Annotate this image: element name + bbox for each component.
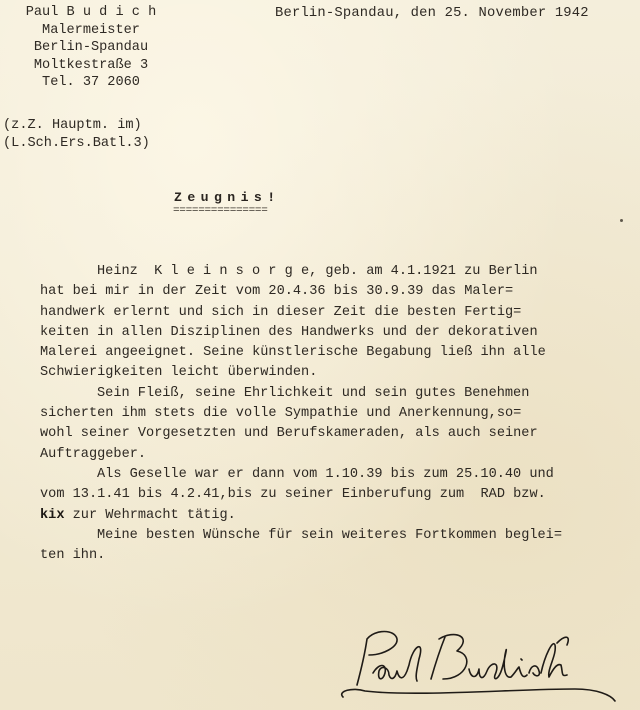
body-line: Sein Fleiß, seine Ehrlichkeit und sein g… [40,384,640,404]
body-line-text: wohl seiner Vorgesetzten und Berufskamer… [40,426,538,441]
body-line: Heinz K l e i n s o r g e, geb. am 4.1.1… [40,262,640,282]
body-line: hat bei mir in der Zeit vom 20.4.36 bis … [40,282,640,302]
paper-speck [620,219,623,222]
body-line: wohl seiner Vorgesetzten und Berufskamer… [40,424,640,444]
letterhead-name: Paul B u d i c h [6,4,176,22]
body-line: Als Geselle war er dann vom 1.10.39 bis … [40,465,640,485]
letterhead-phone: Tel. 37 2060 [6,74,176,92]
body-line-text: keiten in allen Disziplinen des Handwerk… [40,325,538,340]
typed-over-text: kix [40,508,64,523]
body-line: sicherten ihm stets die volle Sympathie … [40,404,640,424]
letterhead-street: Moltkestraße 3 [6,57,176,75]
body-line-text: sicherten ihm stets die volle Sympathie … [40,406,521,421]
letterhead-city: Berlin-Spandau [6,39,176,57]
military-unit-note: (z.Z. Hauptm. im) (L.Sch.Ers.Batl.3) [3,117,150,153]
body-line-text: handwerk erlernt und sich in dieser Zeit… [40,305,521,320]
body-line-text: Meine besten Wünsche für sein weiteres F… [97,528,562,543]
body-line: Meine besten Wünsche für sein weiteres F… [40,526,640,546]
body-line: vom 13.1.41 bis 4.2.41,bis zu seiner Ein… [40,485,640,505]
body-line-text: zur Wehrmacht tätig. [64,508,235,523]
body-line-text: Sein Fleiß, seine Ehrlichkeit und sein g… [97,386,529,401]
title-underline: =============== [173,205,268,217]
body-line: handwerk erlernt und sich in dieser Zeit… [40,303,640,323]
body-line-text: Schwierigkeiten leicht überwinden. [40,365,317,380]
body-line-text: Malerei angeeignet. Seine künstlerische … [40,345,546,360]
signature [335,625,625,705]
letter-page: Paul B u d i c h Malermeister Berlin-Spa… [0,0,640,710]
body-line: kix zur Wehrmacht tätig. [40,506,640,526]
letterhead: Paul B u d i c h Malermeister Berlin-Spa… [6,4,176,92]
dateline: Berlin-Spandau, den 25. November 1942 [275,6,589,21]
letter-body: Heinz K l e i n s o r g e, geb. am 4.1.1… [40,262,640,566]
unit-line-1: (z.Z. Hauptm. im) [3,117,150,135]
body-line: Schwierigkeiten leicht überwinden. [40,363,640,383]
body-line-text: vom 13.1.41 bis 4.2.41,bis zu seiner Ein… [40,487,546,502]
body-line: Auftraggeber. [40,445,640,465]
letterhead-profession: Malermeister [6,22,176,40]
body-line-text: hat bei mir in der Zeit vom 20.4.36 bis … [40,284,513,299]
body-line: ten ihn. [40,546,640,566]
body-line-text: ten ihn. [40,548,105,563]
body-line-text: Auftraggeber. [40,447,146,462]
body-line-text: Heinz K l e i n s o r g e, geb. am 4.1.1… [97,264,538,279]
document-title: Zeugnis! [174,190,281,205]
unit-line-2: (L.Sch.Ers.Batl.3) [3,135,150,153]
body-line-text: Als Geselle war er dann vom 1.10.39 bis … [97,467,554,482]
body-line: Malerei angeeignet. Seine künstlerische … [40,343,640,363]
body-line: keiten in allen Disziplinen des Handwerk… [40,323,640,343]
